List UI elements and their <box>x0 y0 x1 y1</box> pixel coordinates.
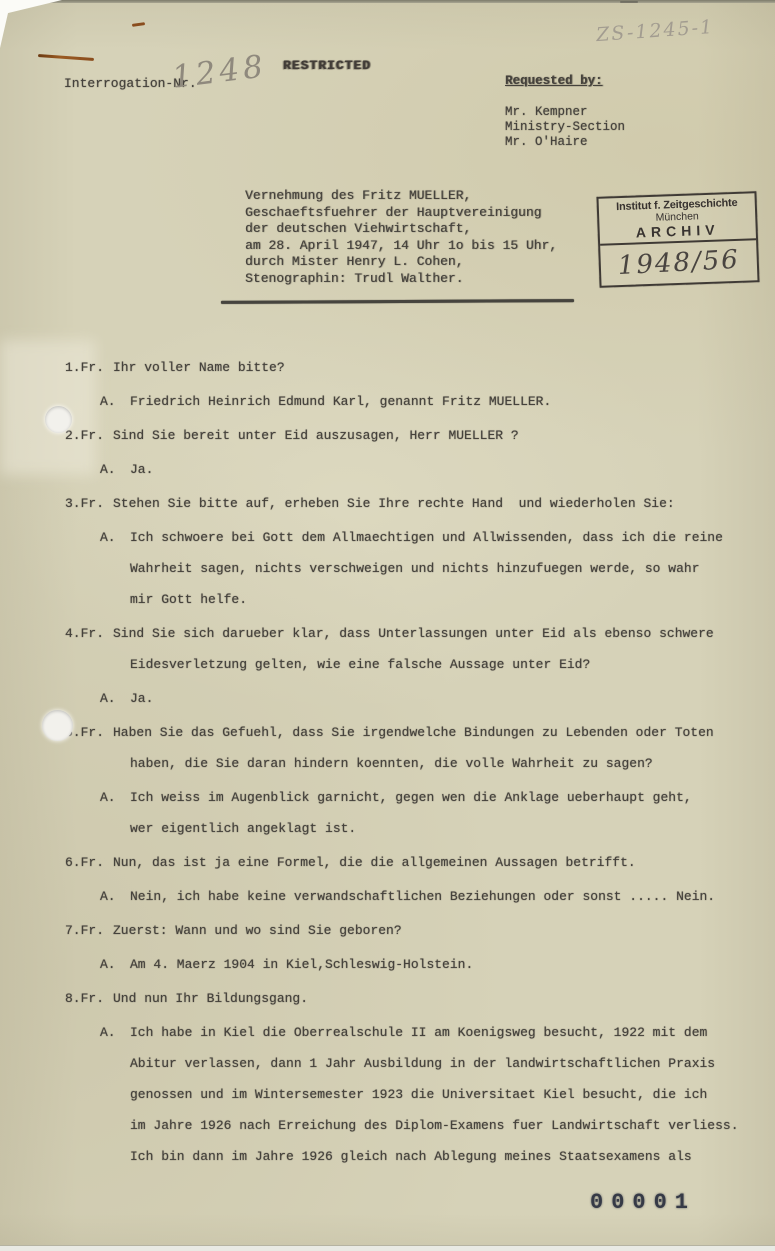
document-page: ZS-1245-1 RESTRICTED Interrogation-Nr. 1… <box>0 0 775 1251</box>
requested-by-block: Requested by: Mr. Kempner Ministry-Secti… <box>505 74 625 150</box>
answer-block: A.Ja. <box>65 454 745 485</box>
answer-label: A. <box>100 782 130 813</box>
answer-block: A.Ich habe in Kiel die Oberrealschule II… <box>65 1017 745 1172</box>
question-text: Und nun Ihr Bildungsgang. <box>113 991 308 1006</box>
question-block: 6.Fr.Nun, das ist ja eine Formel, die di… <box>65 847 745 878</box>
answer-label: A. <box>100 386 130 417</box>
scan-smudge <box>620 1 638 3</box>
header-line: am 28. April 1947, 14 Uhr 1o bis 15 Uhr, <box>245 238 557 255</box>
answer-text: Ja. <box>130 691 153 706</box>
question-number: 4.Fr. <box>65 618 113 649</box>
rust-mark <box>38 54 94 61</box>
question-number: 7.Fr. <box>65 915 113 946</box>
interrogation-number-handwritten: 1248 <box>170 48 269 95</box>
archive-stamp-number: 1948/56 <box>600 239 758 287</box>
answer-label: A. <box>100 454 130 485</box>
requested-by-title: Requested by: <box>505 74 625 89</box>
question-number: 6.Fr. <box>65 847 113 878</box>
requested-by-name: Mr. O'Haire <box>505 135 625 150</box>
question-number: 3.Fr. <box>65 488 113 519</box>
archive-stamp-text: Institut f. Zeitgeschichte München ARCHI… <box>599 193 757 245</box>
question-text: Ihr voller Name bitte? <box>113 360 285 375</box>
answer-block: A.Friedrich Heinrich Edmund Karl, genann… <box>65 386 745 417</box>
interrogation-transcript: 1.Fr.Ihr voller Name bitte? A.Friedrich … <box>65 352 745 1175</box>
question-block: 8.Fr.Und nun Ihr Bildungsgang. <box>65 983 745 1014</box>
question-number: 2.Fr. <box>65 420 113 451</box>
question-text: Haben Sie das Gefuehl, dass Sie irgendwe… <box>113 725 714 771</box>
header-line: durch Mister Henry L. Cohen, <box>245 254 557 271</box>
answer-text: Nein, ich habe keine verwandschaftlichen… <box>130 889 715 904</box>
question-number: 1.Fr. <box>65 352 113 383</box>
question-text: Stehen Sie bitte auf, erheben Sie Ihre r… <box>113 496 675 511</box>
question-block: 7.Fr.Zuerst: Wann und wo sind Sie gebore… <box>65 915 745 946</box>
question-block: 5.Fr.Haben Sie das Gefuehl, dass Sie irg… <box>65 717 745 779</box>
answer-block: A.Ich weiss im Augenblick garnicht, gege… <box>65 782 745 844</box>
question-text: Zuerst: Wann und wo sind Sie geboren? <box>113 923 402 938</box>
restricted-stamp: RESTRICTED <box>283 58 371 73</box>
scan-top-edge <box>0 0 775 3</box>
question-text: Sind Sie bereit unter Eid auszusagen, He… <box>113 428 519 443</box>
question-block: 1.Fr.Ihr voller Name bitte? <box>65 352 745 383</box>
interrogation-header: Vernehmung des Fritz MUELLER, Geschaefts… <box>245 188 557 287</box>
header-line: Stenographin: Trudl Walther. <box>245 271 557 288</box>
answer-text: Ich schwoere bei Gott dem Allmaechtigen … <box>130 530 723 607</box>
answer-block: A.Ich schwoere bei Gott dem Allmaechtige… <box>65 522 745 615</box>
answer-label: A. <box>100 949 130 980</box>
requested-by-section: Ministry-Section <box>505 120 625 135</box>
answer-block: A.Nein, ich habe keine verwandschaftlich… <box>65 881 745 912</box>
answer-label: A. <box>100 522 130 553</box>
scan-bottom-edge <box>0 1245 775 1251</box>
hole-punch <box>45 406 72 433</box>
answer-label: A. <box>100 683 130 714</box>
answer-text: Ja. <box>130 462 153 477</box>
pencil-archive-reference: ZS-1245-1 <box>595 16 714 46</box>
answer-label: A. <box>100 1017 130 1048</box>
question-block: 2.Fr.Sind Sie bereit unter Eid auszusage… <box>65 420 745 451</box>
rust-mark <box>132 22 145 27</box>
answer-text: Ich weiss im Augenblick garnicht, gegen … <box>130 790 692 836</box>
requested-by-name: Mr. Kempner <box>505 105 625 120</box>
answer-block: A.Am 4. Maerz 1904 in Kiel,Schleswig-Hol… <box>65 949 745 980</box>
question-block: 3.Fr.Stehen Sie bitte auf, erheben Sie I… <box>65 488 745 519</box>
answer-label: A. <box>100 881 130 912</box>
header-line: Geschaeftsfuehrer der Hauptvereinigung <box>245 205 557 222</box>
divider-rule <box>221 299 574 304</box>
answer-text: Am 4. Maerz 1904 in Kiel,Schleswig-Holst… <box>130 957 473 972</box>
header-line: Vernehmung des Fritz MUELLER, <box>245 188 557 205</box>
answer-block: A.Ja. <box>65 683 745 714</box>
answer-text: Ich habe in Kiel die Oberrealschule II a… <box>130 1025 739 1164</box>
question-text: Sind Sie sich darueber klar, dass Unterl… <box>113 626 714 672</box>
corner-sliver <box>0 0 11 48</box>
page-number-stamp: 00001 <box>590 1190 696 1215</box>
question-text: Nun, das ist ja eine Formel, die die all… <box>113 855 636 870</box>
answer-text: Friedrich Heinrich Edmund Karl, genannt … <box>130 394 551 409</box>
hole-punch <box>42 710 73 741</box>
header-line: der deutschen Viehwirtschaft, <box>245 221 557 238</box>
question-block: 4.Fr.Sind Sie sich darueber klar, dass U… <box>65 618 745 680</box>
question-number: 8.Fr. <box>65 983 113 1014</box>
archive-stamp: Institut f. Zeitgeschichte München ARCHI… <box>596 191 759 288</box>
